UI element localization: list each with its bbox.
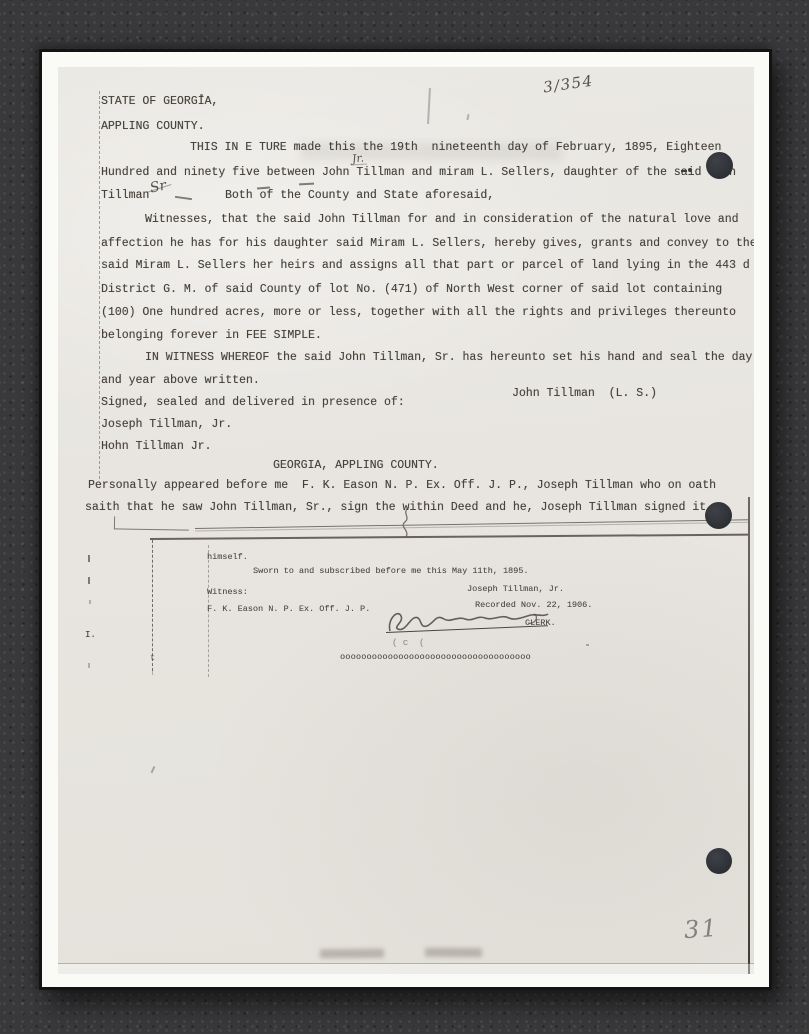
affidavit-witness-name: F. K. Eason N. P. Ex. Off. J. P.	[207, 604, 370, 614]
affidavit-witness-label: Witness:	[207, 587, 248, 597]
stray-tick-mark	[466, 114, 469, 120]
margin-mark: I.	[85, 630, 96, 640]
margin-tick	[88, 577, 90, 584]
margin-tick	[88, 663, 90, 668]
hole-punch-dot	[706, 848, 732, 874]
handwritten-catalog-number: 3/354	[542, 72, 595, 97]
deed-line: Tillman	[101, 189, 149, 202]
deed-line: belonging forever in FEE SIMPLE.	[101, 329, 322, 342]
margin-tick	[152, 671, 153, 675]
grantor-seal-signature: John Tillman (L. S.)	[512, 387, 657, 400]
deed-line: APPLING COUNTY.	[101, 120, 205, 133]
slip-edge-thin-line	[195, 519, 749, 529]
hole-punch-dot	[706, 152, 733, 179]
witness-name-line: Hohn Tillman Jr.	[101, 440, 211, 453]
deed-line: STATE OF GEORGIA,	[101, 95, 218, 108]
slip-edge-hook-line	[114, 516, 189, 530]
ink-blot	[688, 168, 692, 172]
deed-line: Signed, sealed and delivered in presence…	[101, 396, 405, 409]
bleedthrough-smudge	[320, 949, 384, 959]
slip-edge-thick-line	[150, 534, 750, 540]
deed-line: Hundred and ninety five between John Til…	[101, 166, 736, 179]
affidavit-signer-name: Joseph Tillman, Jr.	[467, 584, 564, 594]
slip-edge-vertical-dashed	[152, 540, 153, 671]
deed-line: and year above written.	[101, 374, 260, 387]
deed-line: Witnesses, that the said John Tillman fo…	[145, 213, 739, 226]
photo-background: 3/354 STATE OF GEORGIA, APPLING COUNTY. …	[0, 0, 809, 1034]
deed-line: IN WITNESS WHEREOF the said John Tillman…	[145, 351, 752, 364]
scan-edge-line	[748, 497, 750, 974]
left-margin-dashed-line	[99, 91, 100, 479]
deed-line: said Miram L. Sellers her heirs and assi…	[101, 259, 750, 272]
scan-bottom-strip	[58, 964, 754, 974]
deed-line: affection he has for his daughter said M…	[101, 237, 754, 250]
county-heading: GEORGIA, APPLING COUNTY.	[273, 459, 439, 472]
deed-line: (100) One hundred acres, more or less, t…	[101, 306, 736, 319]
signature-stray-marks: ( c (	[392, 638, 424, 648]
sr-scrawl-tail-dash	[175, 196, 192, 200]
deed-line: Both of the County and State aforesaid,	[225, 189, 494, 202]
hole-punch-dot	[705, 502, 732, 529]
stray-mark	[586, 644, 589, 646]
witness-name-line: Joseph Tillman, Jr.	[101, 418, 232, 431]
margin-tick	[151, 766, 155, 773]
clerk-label: CLERK.	[525, 618, 556, 628]
pencil-page-number: 31	[683, 914, 719, 944]
margin-tick	[89, 600, 91, 604]
margin-tick	[88, 555, 90, 562]
stray-pen-stroke	[427, 88, 430, 124]
deed-line: Personally appeared before me F. K. Easo…	[88, 479, 716, 492]
deed-line: THIS IN E TURE made this the 19th ninete…	[190, 141, 721, 154]
ink-blot-dash	[681, 170, 687, 172]
document-page: 3/354 STATE OF GEORGIA, APPLING COUNTY. …	[39, 49, 772, 990]
margin-mark: t	[150, 653, 155, 663]
deed-line: District G. M. of said County of lot No.…	[101, 283, 722, 296]
bleedthrough-smudge	[425, 948, 482, 957]
handwritten-caret-squiggle	[396, 505, 416, 539]
pen-dash	[299, 183, 314, 185]
separator-o-row: oooooooooooooooooooooooooooooooooooo	[340, 652, 531, 662]
affidavit-himself: himself.	[207, 552, 248, 562]
affidavit-sworn: Sworn to and subscribed before me this M…	[253, 566, 528, 576]
scanned-deed: 3/354 STATE OF GEORGIA, APPLING COUNTY. …	[58, 67, 754, 974]
